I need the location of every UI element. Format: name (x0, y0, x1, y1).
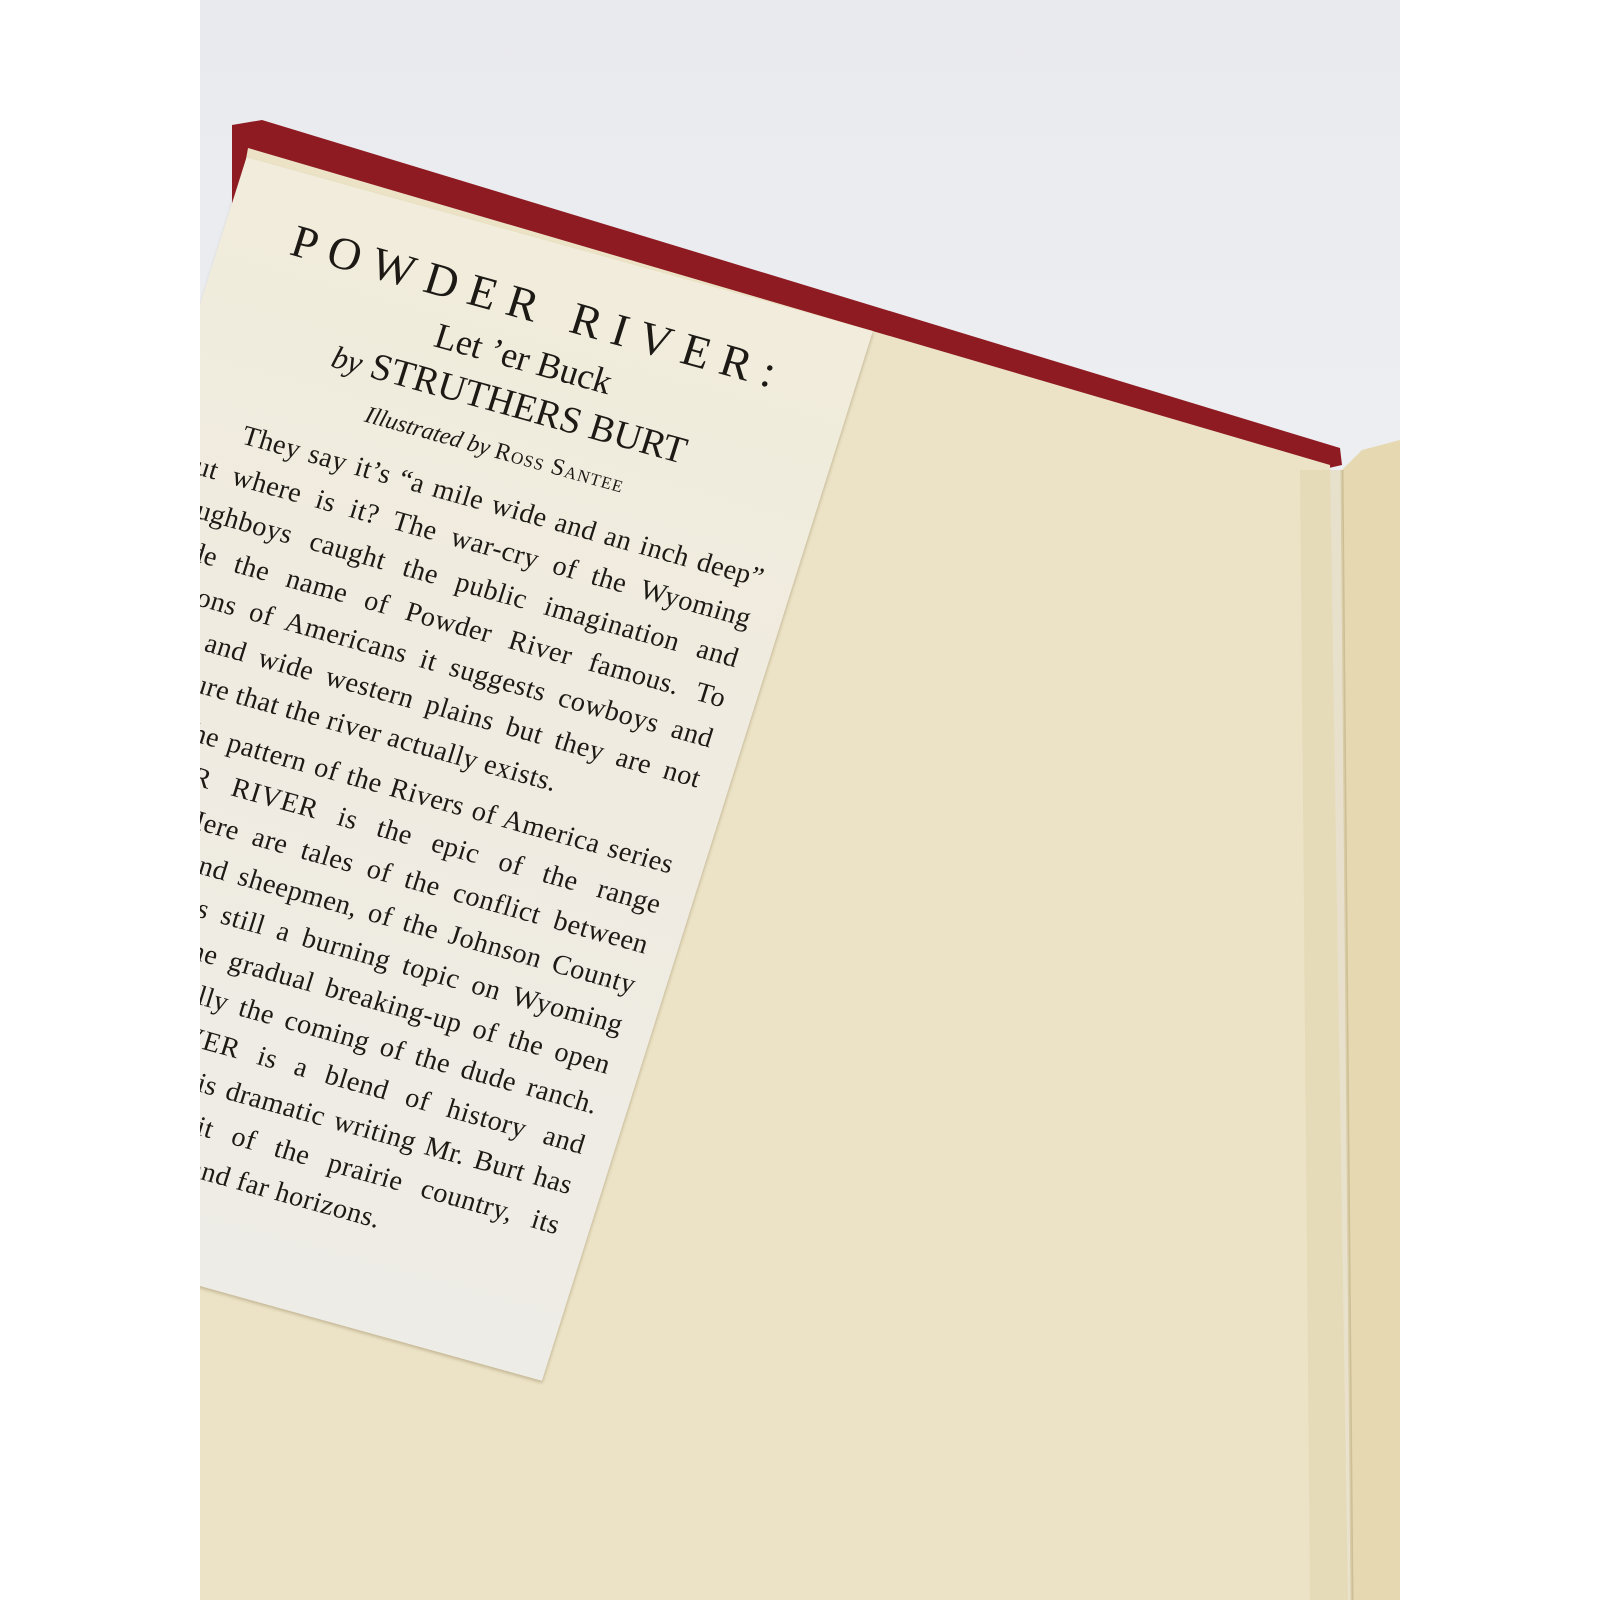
photo-border-right (1400, 0, 1600, 1600)
photo-border-left (0, 0, 200, 1600)
photo-scene: POWDER RIVER: Let ’er Buck by STRUTHERS … (0, 0, 1600, 1600)
byline-prefix: by (327, 338, 367, 380)
